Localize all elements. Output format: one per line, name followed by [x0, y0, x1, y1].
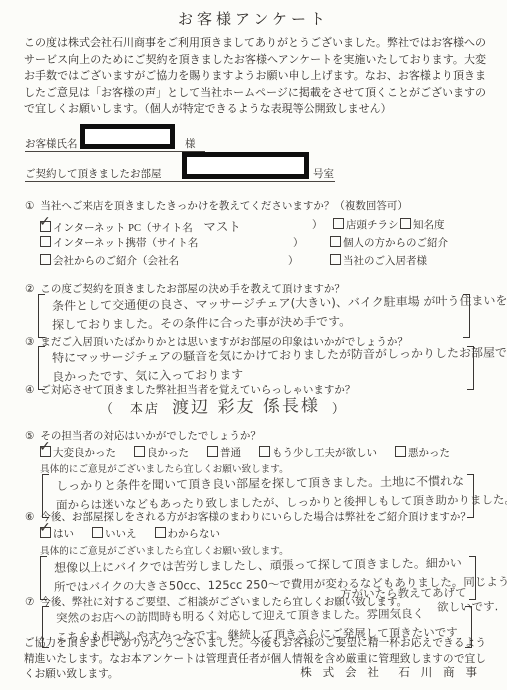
q6-option-label: わからない: [168, 529, 221, 540]
q6-note: 具体的にご意見がございましたら宜しくお願い致します。: [40, 543, 289, 557]
q1-close-paren-1: ）: [312, 217, 323, 232]
q1-option-label: 個人の方からのご紹介: [343, 238, 448, 249]
q3-number: ③: [25, 337, 34, 348]
q1-option-company-referral: 会社からのご紹介（会社名: [40, 253, 179, 268]
q1-option-label: 知名度: [413, 220, 445, 231]
company-name: 株 式 会 社 石 川 商 事: [300, 664, 481, 680]
checkbox-unsure[interactable]: [155, 527, 166, 538]
q5-option-excellent: 大変良かった: [40, 445, 116, 460]
q1-option-recognition: 知名度: [400, 217, 445, 232]
q5-option-needs-improvement: もう少し工夫が欲しい: [259, 445, 377, 460]
q4-number: ④: [25, 385, 34, 396]
q4-answer-open: （ 本店: [100, 401, 160, 416]
q5-question: ⑤その担当者の対応はいかがでしたでしょうか？: [25, 428, 261, 443]
q4-answer: （ 本店 渡辺 彩友 係長様 ）: [100, 398, 347, 418]
checkbox-internet-mobile[interactable]: [40, 236, 51, 247]
q6-options: はい いいえ わからない: [40, 526, 220, 541]
q5-option-label: もう少し工夫が欲しい: [272, 448, 377, 459]
q1-option-label: 当社のご入居者様: [343, 256, 427, 267]
q1-option-label: インターネット携帯（サイト名: [53, 238, 198, 249]
q5-option-label: 悪かった: [408, 448, 450, 459]
q1-option-label: インターネット PC（サイト名: [53, 223, 193, 234]
q5-options: 大変良かった 良かった 普通 もう少し工夫が欲しい 悪かった: [40, 445, 450, 460]
q1-number: ①: [25, 201, 34, 212]
survey-document: お客様アンケート この度は株式会社石川商事をご利用頂きましてありがとうございまし…: [0, 0, 507, 690]
checkbox-needs-improvement[interactable]: [259, 446, 270, 457]
q1-option-label: 会社からのご紹介（会社名: [53, 256, 179, 267]
q2-answer-line-2: 探しておりました。その条件に合った事が決め手です。: [52, 311, 456, 335]
room-redaction: [182, 152, 309, 179]
customer-name-suffix: 様: [185, 136, 196, 151]
q6-option-no: いいえ: [92, 526, 137, 541]
q1-site-name-written: マスト: [203, 219, 241, 234]
checkbox-good[interactable]: [134, 446, 145, 457]
q1-option-internet-mobile: インターネット携帯（サイト名: [40, 235, 198, 250]
q1-close-paren-3: ）: [288, 253, 299, 268]
q6-option-label: はい: [53, 529, 74, 540]
q1-row-2: インターネット携帯（サイト名 ） 個人の方からのご紹介: [0, 235, 507, 251]
q1-row-3: 会社からのご紹介（会社名 ） 当社のご入居者様: [0, 253, 507, 269]
intro-paragraph: この度は株式会社石川商事をご利用頂きましてありがとうございました。弊社ではお客様…: [24, 35, 486, 118]
q6-question: ⑥今後、お部屋探しをされる方がお客様のまわりにいらした場合は弊社をご紹介頂けます…: [25, 509, 471, 524]
checkbox-recognition[interactable]: [400, 218, 411, 229]
customer-name-underline: [25, 151, 205, 152]
q6-text: 今後、お部屋探しをされる方がお客様のまわりにいらした場合は弊社をご紹介頂けますか…: [40, 512, 471, 523]
q4-staff-name-written: 渡辺 彩友 係長様: [172, 397, 320, 418]
checkbox-current-tenant[interactable]: [330, 254, 341, 265]
q4-answer-close: ）: [332, 401, 347, 416]
q6-option-label: いいえ: [105, 529, 137, 540]
page-title: お客様アンケート: [0, 8, 507, 29]
q1-row-1: インターネット PC（サイト名 マスト ） 店頭チラシ 知名度: [0, 217, 507, 233]
q2-number: ②: [25, 284, 34, 295]
q1-option-internet-pc: インターネット PC（サイト名 マスト: [40, 217, 241, 236]
room-underline: [25, 181, 335, 182]
q6-option-yes: はい: [40, 526, 74, 541]
q5-option-bad: 悪かった: [395, 445, 450, 460]
q5-text: その担当者の対応はいかがでしたでしょうか？: [40, 431, 261, 442]
q1-option-flyer: 店頭チラシ: [333, 217, 399, 232]
room-suffix: 号室: [313, 166, 334, 181]
checkbox-average[interactable]: [207, 446, 218, 457]
room-label: ご契約して頂きましたお部屋: [25, 166, 162, 181]
q5-option-label: 大変良かった: [53, 448, 116, 459]
q2-answer-box: 条件として交通便の良さ、マッサージチェア(大きい)、バイク駐車場 が叶う住まいを…: [38, 294, 470, 338]
q1-close-paren-2: ）: [293, 235, 304, 250]
q5-option-label: 良かった: [147, 448, 189, 459]
checkbox-yes[interactable]: [40, 527, 51, 538]
customer-name-redaction: [80, 124, 175, 149]
q5-option-average: 普通: [207, 445, 241, 460]
checkbox-company-referral[interactable]: [40, 254, 51, 265]
customer-name-label: お客様氏名: [25, 136, 78, 151]
q5-option-good: 良かった: [134, 445, 189, 460]
checkbox-flyer[interactable]: [333, 218, 344, 229]
q5-note: 具体的にご意見がございましたら宜しくお願い致します。: [40, 461, 289, 475]
q7-number: ⑦: [25, 597, 34, 608]
checkbox-internet-pc[interactable]: [40, 221, 51, 232]
q4-text: ご対応させて頂きました弊社担当者を覚えていらっしゃいますか？: [40, 385, 355, 396]
checkbox-excellent[interactable]: [40, 446, 51, 457]
q1-question: ①当社へご来店を頂きましたきっかけを教えてくださいますか？（複数回答可）: [25, 198, 408, 213]
q1-option-personal-referral: 個人の方からのご紹介: [330, 235, 448, 250]
q1-option-current-tenant: 当社のご入居者様: [330, 253, 427, 268]
q5-option-label: 普通: [220, 448, 241, 459]
q6-option-unsure: わからない: [155, 526, 221, 541]
q1-text: 当社へご来店を頂きましたきっかけを教えてくださいますか？（複数回答可）: [40, 201, 408, 212]
checkbox-personal-referral[interactable]: [330, 236, 341, 247]
checkbox-bad[interactable]: [395, 446, 406, 457]
q4-question: ④ご対応させて頂きました弊社担当者を覚えていらっしゃいますか？: [25, 382, 355, 397]
q6-number: ⑥: [25, 512, 34, 523]
checkbox-no[interactable]: [92, 527, 103, 538]
q1-option-label: 店頭チラシ: [346, 220, 399, 231]
q5-number: ⑤: [25, 431, 34, 442]
